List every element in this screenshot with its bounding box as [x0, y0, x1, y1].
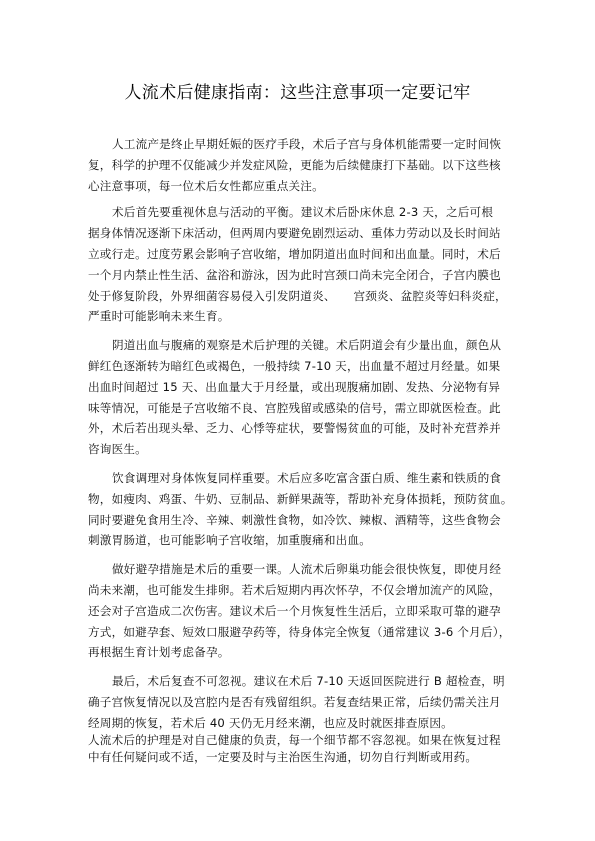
text-line: 饮食调理对身体恢复同样重要。术后应多吃富含蛋白质、维生素和铁质的食	[88, 468, 508, 489]
paragraph-intro: 人工流产是终止早期妊娠的医疗手段，术后子宫与身体机能需要一定时间恢 复，科学的护…	[88, 134, 508, 196]
text-line: 处于修复阶段，外界细菌容易侵入引发阴道炎、 宫颈炎、盆腔炎等妇科炎症，	[88, 286, 508, 307]
text-line: 做好避孕措施是术后的重要一课。人流术后卵巢功能会很快恢复，即使月经	[88, 559, 508, 580]
paragraph-bleeding-pain: 阴道出血与腹痛的观察是术后护理的关键。术后阴道会有少量出血，颜色从 鲜红色逐渐转…	[88, 335, 508, 460]
paragraph-closing: 人流术后的护理是对自己健康的负责，每一个细节都不容忽视。如果在恢复过程 中有任何…	[88, 732, 508, 767]
text-line: 味等情况，可能是子宫收缩不良、宫腔残留或感染的信号，需立即就医检查。此	[88, 398, 508, 419]
text-line: 再根据生育计划考虑备孕。	[88, 642, 508, 663]
text-line: 心注意事项，每一位术后女性都应重点关注。	[88, 176, 508, 197]
text-line: 同时要避免食用生冷、辛辣、刺激性食物，如冷饮、辣椒、酒精等，这些食物会	[88, 510, 508, 531]
text-line: 中有任何疑问或不适，一定要及时与主治医生沟通，切勿自行判断或用药。	[88, 749, 508, 767]
text-line: 人工流产是终止早期妊娠的医疗手段，术后子宫与身体机能需要一定时间恢	[88, 134, 508, 155]
paragraph-follow-up: 最后，术后复查不可忽视。建议在术后 7-10 天返回医院进行 B 超检查，明 确…	[88, 671, 508, 733]
text-line: 最后，术后复查不可忽视。建议在术后 7-10 天返回医院进行 B 超检查，明	[88, 671, 508, 692]
document-title: 人流术后健康指南：这些注意事项一定要记牢	[0, 82, 595, 104]
document-body: 人工流产是终止早期妊娠的医疗手段，术后子宫与身体机能需要一定时间恢 复，科学的护…	[88, 134, 508, 775]
text-line: 还会对子宫造成二次伤害。建议术后一个月恢复性生活后，立即采取可靠的避孕	[88, 601, 508, 622]
text-line: 立或行走。过度劳累会影响子宫收缩，增加阴道出血时间和出血量。同时，术后	[88, 244, 508, 265]
text-line: 严重时可能影响未来生育。	[88, 306, 508, 327]
document-page: 人流术后健康指南：这些注意事项一定要记牢 人工流产是终止早期妊娠的医疗手段，术后…	[0, 0, 595, 841]
text-line: 人流术后的护理是对自己健康的负责，每一个细节都不容忽视。如果在恢复过程	[88, 732, 508, 750]
text-line: 确子宫恢复情况以及宫腔内是否有残留组织。若复查结果正常，后续仍需关注月	[88, 692, 508, 713]
paragraph-diet: 饮食调理对身体恢复同样重要。术后应多吃富含蛋白质、维生素和铁质的食 物，如瘦肉、…	[88, 468, 508, 551]
text-line: 一个月内禁止性生活、盆浴和游泳，因为此时宫颈口尚未完全闭合，子宫内膜也	[88, 265, 508, 286]
text-line: 鲜红色逐渐转为暗红色或褐色，一般持续 7-10 天，出血量不超过月经量。如果	[88, 356, 508, 377]
text-line: 咨询医生。	[88, 439, 508, 460]
text-line: 尚未来潮，也可能发生排卵。若术后短期内再次怀孕，不仅会增加流产的风险，	[88, 580, 508, 601]
paragraph-rest-activity: 术后首先要重视休息与活动的平衡。建议术后卧床休息 2-3 天，之后可根 据身体情…	[88, 202, 508, 327]
text-line: 阴道出血与腹痛的观察是术后护理的关键。术后阴道会有少量出血，颜色从	[88, 335, 508, 356]
text-line: 据身体情况逐渐下床活动，但两周内要避免剧烈运动、重体力劳动以及长时间站	[88, 223, 508, 244]
text-line: 刺激胃肠道，也可能影响子宫收缩，加重腹痛和出血。	[88, 530, 508, 551]
text-line: 术后首先要重视休息与活动的平衡。建议术后卧床休息 2-3 天，之后可根	[88, 202, 508, 223]
text-line: 外，术后若出现头晕、乏力、心悸等症状，要警惕贫血的可能，及时补充营养并	[88, 418, 508, 439]
text-line: 方式，如避孕套、短效口服避孕药等，待身体完全恢复（通常建议 3-6 个月后），	[88, 622, 508, 643]
paragraph-contraception: 做好避孕措施是术后的重要一课。人流术后卵巢功能会很快恢复，即使月经 尚未来潮，也…	[88, 559, 508, 663]
text-line: 出血时间超过 15 天、出血量大于月经量，或出现腹痛加剧、发热、分泌物有异	[88, 377, 508, 398]
text-line: 复，科学的护理不仅能减少并发症风险，更能为后续健康打下基础。以下这些核	[88, 155, 508, 176]
text-line: 经周期的恢复，若术后 40 天仍无月经来潮，也应及时就医排查原因。	[88, 713, 508, 734]
text-line: 物，如瘦肉、鸡蛋、牛奶、豆制品、新鲜果蔬等，帮助补充身体损耗，预防贫血。	[88, 489, 508, 510]
